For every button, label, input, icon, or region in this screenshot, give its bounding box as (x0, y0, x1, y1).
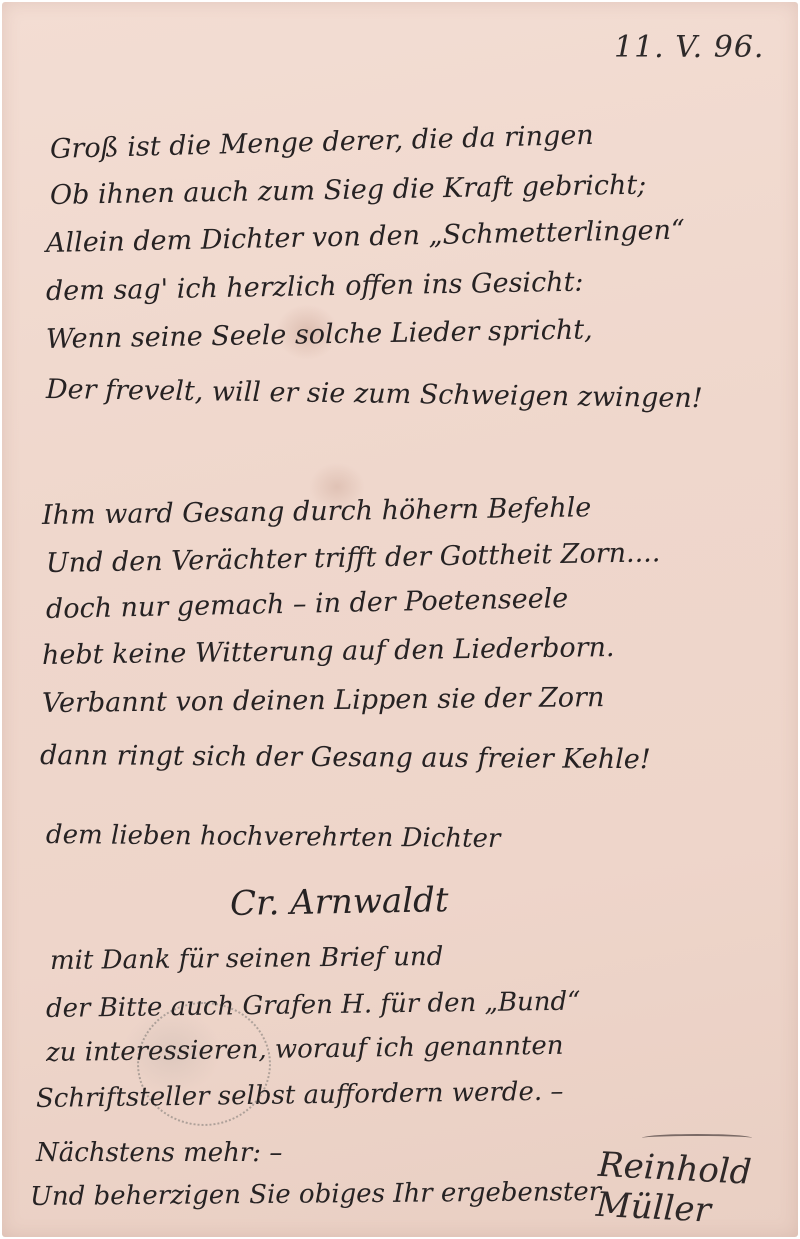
closing-line: zu interessieren, worauf ich genannten (46, 1031, 564, 1068)
poem-line: Ob ihnen auch zum Sieg die Kraft gebrich… (50, 170, 647, 211)
poem-line: Allein dem Dichter von den „Schmetterlin… (46, 215, 685, 259)
poem-line: dem sag' ich herzlich offen ins Gesicht: (46, 267, 584, 307)
dedication-line: dem lieben hochverehrten Dichter (46, 820, 501, 854)
poem-line: dann ringt sich der Gesang aus freier Ke… (40, 740, 651, 775)
poem-line: Der frevelt, will er sie zum Schweigen z… (46, 374, 703, 414)
poem-line: Wenn seine Seele solche Lieder spricht, (46, 314, 593, 355)
signature-flourish (642, 1134, 752, 1142)
poem-line: Groß ist die Menge derer, die da ringen (50, 120, 595, 165)
poem-line: Und den Verächter trifft der Gottheit Zo… (46, 537, 661, 579)
poem-line: doch nur gemach – in der Poetenseele (46, 583, 569, 625)
dedicatee-name: Cr. Arnwaldt (230, 880, 449, 924)
closing-line: Schriftsteller selbst auffordern werde. … (36, 1077, 564, 1114)
closing-line: der Bitte auch Grafen H. für den „Bund“ (46, 987, 581, 1024)
signature: Reinhold Müller (595, 1145, 800, 1235)
closing-line: Und beherzigen Sie obiges Ihr ergebenste… (30, 1177, 601, 1212)
date: 11. V. 96. (614, 30, 764, 65)
poem-line: Verbannt von deinen Lippen sie der Zorn (42, 682, 605, 719)
poem-line: Ihm ward Gesang durch höhern Befehle (42, 492, 592, 531)
closing-line: Nächstens mehr: – (36, 1138, 282, 1168)
closing-line: mit Dank für seinen Brief und (50, 942, 444, 976)
poem-line: hebt keine Witterung auf den Liederborn. (42, 632, 615, 671)
postcard: 11. V. 96. Groß ist die Menge derer, die… (2, 2, 798, 1237)
